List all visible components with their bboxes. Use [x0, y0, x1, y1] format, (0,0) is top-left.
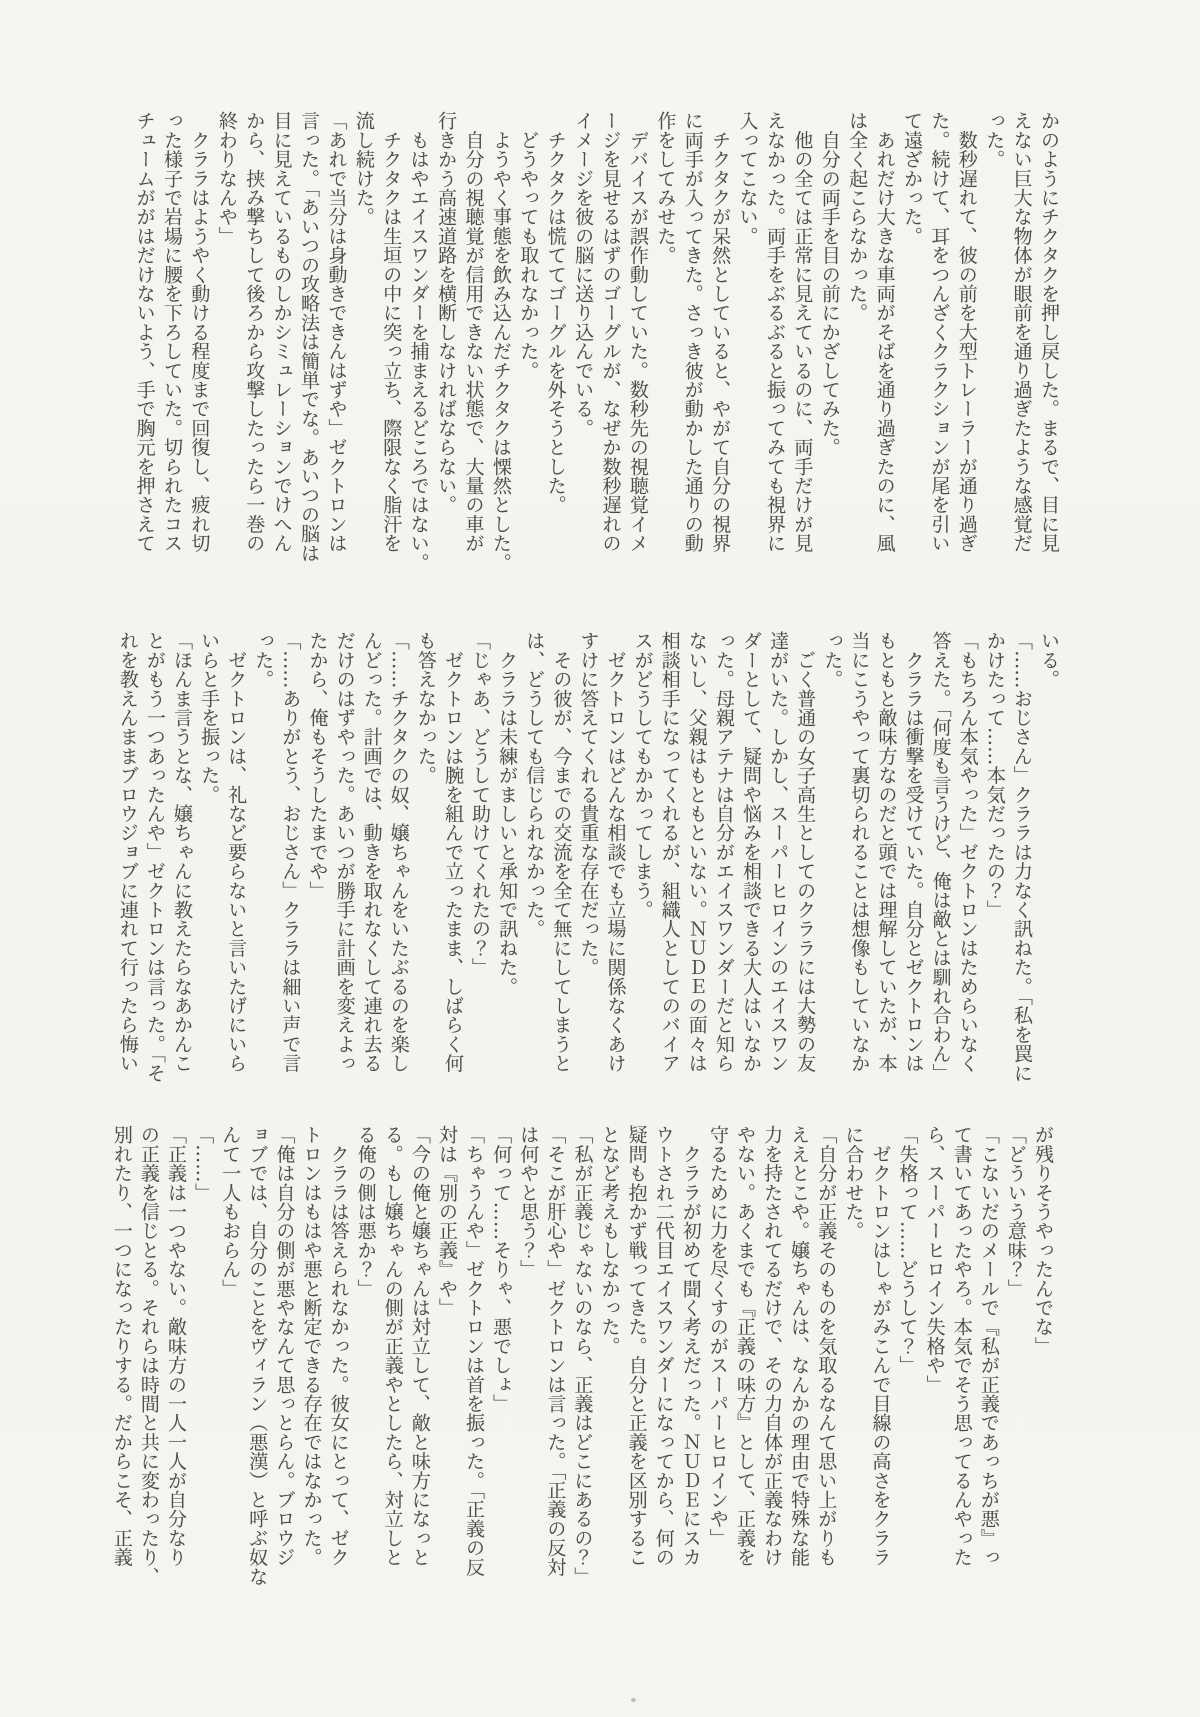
text-column: チュームががはだけないよう、手で胸元を押さえて	[130, 111, 157, 585]
text-column: 別れたり、一つになったりする。だからこそ、正義	[108, 1125, 135, 1579]
text-column: て書いてあったやろ。本気でそう思ってるんやった	[948, 1125, 975, 1579]
text-column: とがもう一つあったんや」ゼクトロンは言った。「そ	[141, 631, 168, 1085]
text-column: は全く起こらなかった。	[843, 111, 870, 585]
text-column: 流し続けた。	[349, 111, 376, 585]
text-column: ようやく事態を飲み込んだチクタクは慄然とした。	[486, 111, 513, 585]
text-column: いらと手を振った。	[195, 631, 222, 1085]
text-column: 言った。「あいつの攻略法は簡単でな。あいつの脳は	[295, 111, 322, 585]
text-column: ゼクトロンは腕を組んで立ったまま、しばらく何	[439, 631, 466, 1085]
text-column: ョブでは、自分のことをヴィラン（悪漢）と呼ぶ奴な	[243, 1125, 270, 1579]
text-column: チクタクが呆然としていると、やがて自分の視界	[706, 111, 733, 585]
text-column: ウトされ二代目エイスワンダーになってから、何の	[650, 1125, 677, 1579]
text-column: あれだけ大きな車両がそばを通り過ぎたのに、風	[870, 111, 897, 585]
text-column: 「そこが肝心や」ゼクトロンは言った。「正義の反対	[541, 1125, 568, 1579]
text-column: は何やと思う？」	[514, 1125, 541, 1579]
text-column: 「……チクタクの奴、嬢ちゃんをいたぶるのを楽し	[385, 631, 412, 1085]
text-column: 達がいた。しかし、スーパーヒロインのエイスワン	[764, 631, 791, 1085]
text-column: ゼクトロンはどんな相談でも立場に関係なくあけ	[601, 631, 628, 1085]
text-column: スがどうしてもかかってしまう。	[629, 631, 656, 1085]
text-column: もはやエイスワンダーを捕まえるどころではない。	[404, 111, 431, 585]
text-column: った。	[249, 631, 276, 1085]
text-column: クララはようやく動ける程度まで回復し、疲れ切	[185, 111, 212, 585]
text-column: 「……ありがとう、おじさん」クララは細い声で言	[276, 631, 303, 1085]
text-column: 「自分が正義そのものを気取るなんて思い上がりも	[812, 1125, 839, 1579]
text-column: 行きかう高速道路を横断しなければならない。	[432, 111, 459, 585]
text-column: イメージを彼の脳に送り込んでいる。	[569, 111, 596, 585]
text-column: たから、俺もそうしたまでや」	[303, 631, 330, 1085]
text-column: 「ほんま言うとな、嬢ちゃんに教えたらなあかんこ	[168, 631, 195, 1085]
text-column: 「失格って……どうして？」	[893, 1125, 920, 1579]
text-column: る。もし嬢ちゃんの側が正義やとしたら、対立しと	[379, 1125, 406, 1579]
text-column: も答えなかった。	[412, 631, 439, 1085]
text-column: んて一人もおらん」	[216, 1125, 243, 1579]
text-column: すけに答えてくれる貴重な存在だった。	[574, 631, 601, 1085]
text-column: ゼクトロンは、礼など要らないと言いたげにいら	[222, 631, 249, 1085]
text-column: クララは答えられなかった。彼女にとって、ゼク	[324, 1125, 351, 1579]
text-column: 数秒遅れて、彼の前を大型トレーラーが通り過ぎ	[952, 111, 979, 585]
text-column: 対は『別の正義』や」	[433, 1125, 460, 1579]
text-column: った。	[980, 111, 1007, 585]
text-column: った様子で岩場に腰を下ろしていた。切られたコス	[158, 111, 185, 585]
text-column: 「私が正義じゃないのなら、正義はどこにあるの？」	[568, 1125, 595, 1579]
text-column: て遠ざかった。	[898, 111, 925, 585]
text-column: 当にこうやって裏切られることは想像もしていなか	[845, 631, 872, 1085]
text-column: ら、スーパーヒロイン失格や」	[921, 1125, 948, 1579]
text-column: クララは衝撃を受けていた。自分とゼクトロンは	[899, 631, 926, 1085]
text-column: えなかった。両手をぶるぶると振ってみても視界に	[761, 111, 788, 585]
text-column: んどった。計画では、動きを取れなくして連れ去る	[358, 631, 385, 1085]
text-column: から、挟み撃ちして後ろから攻撃したったら一巻の	[240, 111, 267, 585]
text-column: トロンはもはや悪と断定できる存在ではなかった。	[297, 1125, 324, 1579]
text-column: 「正義は一つやない。敵味方の一人一人が自分なり	[162, 1125, 189, 1579]
scan-speck	[631, 1698, 636, 1702]
text-column: 「何って……そりゃ、悪でしょ」	[487, 1125, 514, 1579]
text-column: 「今の俺と嬢ちゃんは対立して、敵と味方になっと	[406, 1125, 433, 1579]
text-block-bottom: が残りそうやったんでな」「どういう意味？」「こないだのメールで『私が正義であっち…	[108, 1125, 1056, 1579]
text-column: やない。あくまでも『正義の味方』として、正義を	[731, 1125, 758, 1579]
text-column: 疑問も抱かず戦ってきた。自分と正義を区別するこ	[623, 1125, 650, 1579]
text-column: 「ちゃうんや」ゼクトロンは首を振った。「正義の反	[460, 1125, 487, 1579]
text-column: 「あれで当分は身動きできんはずや」ゼクトロンは	[322, 111, 349, 585]
text-column: 「もちろん本気やった」ゼクトロンはためらいなく	[954, 631, 981, 1085]
text-column: となど考えもしなかった。	[595, 1125, 622, 1579]
text-column: れを教えんままブロウジョブに連れて行ったら悔い	[114, 631, 141, 1085]
text-column: チクタクは生垣の中に突っ立ち、際限なく脂汗を	[377, 111, 404, 585]
text-column: の正義を信じとる。それらは時間と共に変わったり、	[135, 1125, 162, 1579]
text-column: ダーとして、疑問や悩みを相談できる大人はいなか	[737, 631, 764, 1085]
text-column: が残りそうやったんでな」	[1029, 1125, 1056, 1579]
text-column: ージを見せるはずのゴーグルが、なぜか数秒遅れの	[596, 111, 623, 585]
text-column: もともと敵味方なのだと頭では理解していたが、本	[872, 631, 899, 1085]
text-column: た。続けて、耳をつんざくクラクションが尾を引い	[925, 111, 952, 585]
text-column: 自分の両手を目の前にかざしてみた。	[815, 111, 842, 585]
text-column: る俺の側は悪か？」	[352, 1125, 379, 1579]
text-column: った。母親アテナは自分がエイスワンダーだと知ら	[710, 631, 737, 1085]
text-column: 作をしてみせた。	[651, 111, 678, 585]
text-column: いる。	[1035, 631, 1062, 1085]
text-column: は、どうしても信じられなかった。	[520, 631, 547, 1085]
text-column: ないし、父親はもともといない。ＮＵＤＥの面々は	[683, 631, 710, 1085]
text-column: どうやっても取れなかった。	[514, 111, 541, 585]
text-block-top: かのようにチクタクを押し戻した。まるで、目に見えない巨大な物体が眼前を通り過ぎた…	[130, 111, 1062, 585]
text-column: 自分の視聴覚が信用できない状態で、大量の車が	[459, 111, 486, 585]
text-column: 「どういう意味？」	[1002, 1125, 1029, 1579]
text-column: 力を持たされてるだけで、その力自体が正義なわけ	[758, 1125, 785, 1579]
text-column: かけたって……本気だったの？」	[981, 631, 1008, 1085]
text-column: 「じゃあ、どうして助けてくれたの？」	[466, 631, 493, 1085]
text-column: 答えた。「何度も言うけど、俺は敵とは馴れ合わん」	[927, 631, 954, 1085]
text-column: かのようにチクタクを押し戻した。まるで、目に見	[1035, 111, 1062, 585]
text-column: ゼクトロンはしゃがみこんで目線の高さをクララ	[866, 1125, 893, 1579]
text-column: 相談相手になってくれるが、組織人としてのバイア	[656, 631, 683, 1085]
text-column: に合わせた。	[839, 1125, 866, 1579]
text-column: クララが初めて聞く考えだった。ＮＵＤＥにスカ	[677, 1125, 704, 1579]
text-column: 終わりなんや」	[212, 111, 239, 585]
text-column: 「……おじさん」クララは力なく訊ねた。「私を罠に	[1008, 631, 1035, 1085]
text-column: その彼が、今までの交流を全て無にしてしまうと	[547, 631, 574, 1085]
text-column: 入ってこない。	[733, 111, 760, 585]
text-column: クララは未練がましいと承知で訊ねた。	[493, 631, 520, 1085]
text-column: ええとこや。嬢ちゃんは、なんかの理由で特殊な能	[785, 1125, 812, 1579]
text-column: 「こないだのメールで『私が正義であっちが悪』っ	[975, 1125, 1002, 1579]
text-column: った。	[818, 631, 845, 1085]
text-column: 「……」	[189, 1125, 216, 1579]
text-column: だけのはずやった。あいつが勝手に計画を変えよっ	[330, 631, 357, 1085]
text-column: ごく普通の女子高生としてのクララには大勢の友	[791, 631, 818, 1085]
text-column: に両手が入ってきた。さっき彼が動かした通りの動	[678, 111, 705, 585]
text-column: チクタクは慌ててゴーグルを外そうとした。	[541, 111, 568, 585]
text-column: 目に見えているものしかシミュレーションでけへん	[267, 111, 294, 585]
text-column: 「俺は自分の側が悪やなんて思っとらん。ブロウジ	[270, 1125, 297, 1579]
text-column: えない巨大な物体が眼前を通り過ぎたような感覚だ	[1007, 111, 1034, 585]
text-column: デバイスが誤作動していた。数秒先の視聴覚イメ	[624, 111, 651, 585]
text-block-middle: いる。「……おじさん」クララは力なく訊ねた。「私を罠にかけたって……本気だったの…	[114, 631, 1062, 1085]
text-column: 守るために力を尽くすのがスーパーヒロインや」	[704, 1125, 731, 1579]
scanned-page: { "page": { "paper_color": "#f4f3ef", "i…	[0, 0, 1200, 1717]
text-column: 他の全ては正常に見えているのに、両手だけが見	[788, 111, 815, 585]
